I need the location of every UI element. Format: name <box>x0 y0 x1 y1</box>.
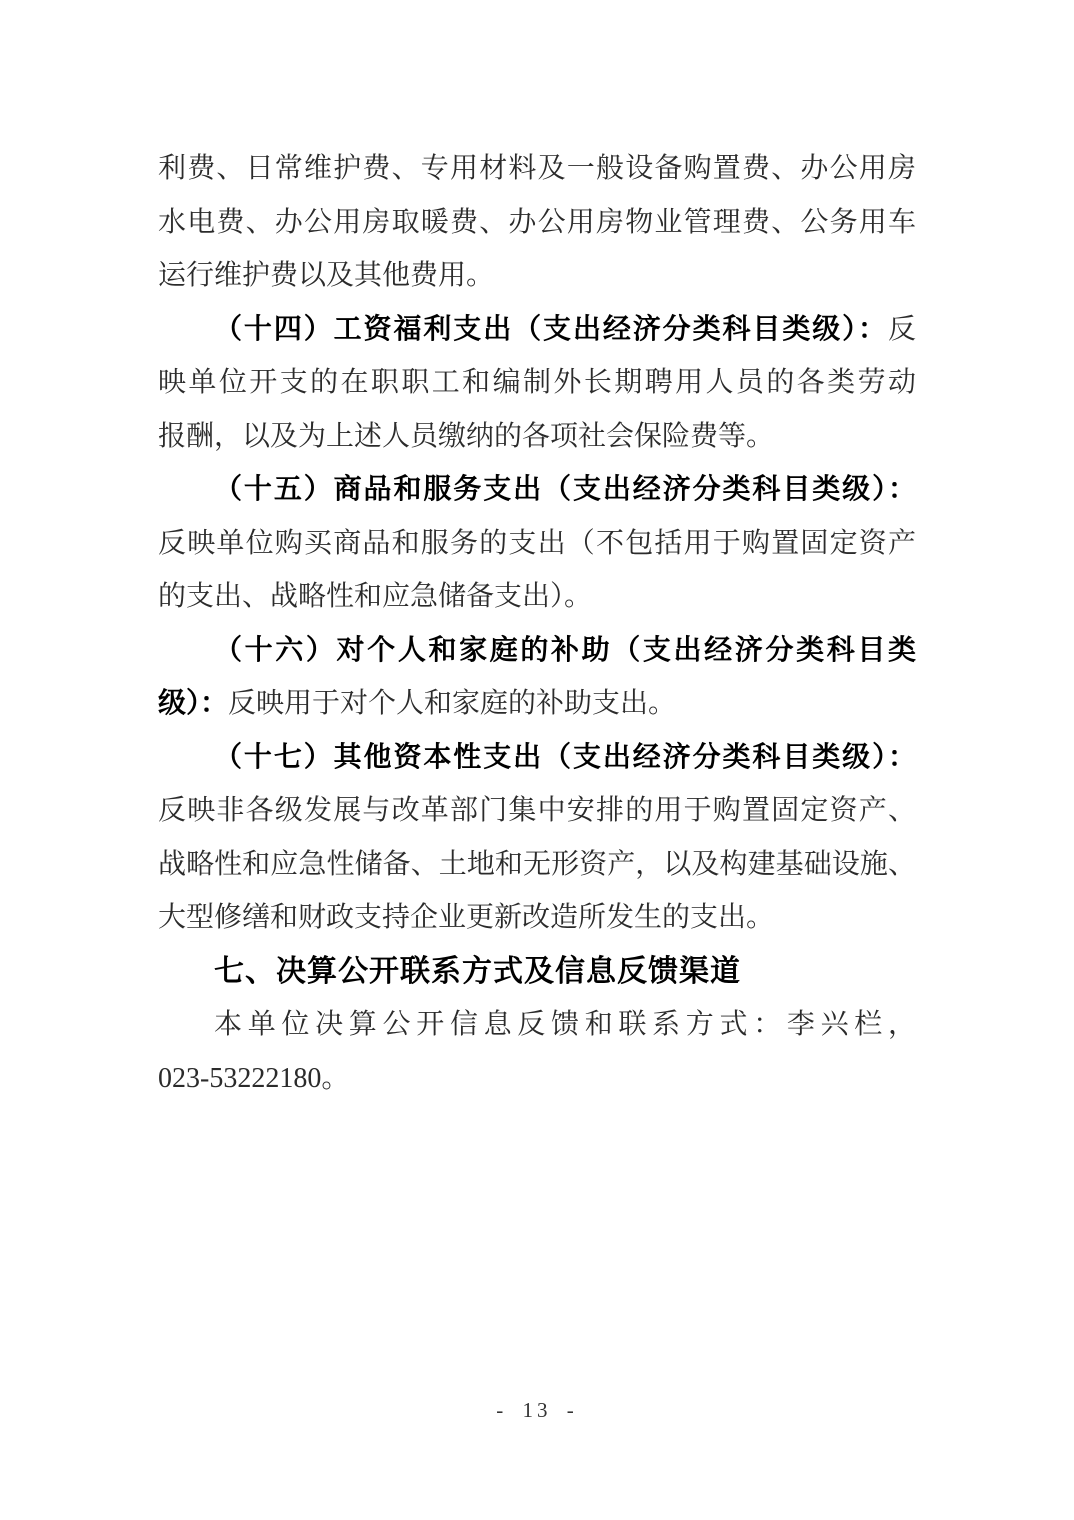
contact-line-1: 本单位决算公开信息反馈和联系方式：李兴栏， <box>158 998 916 1052</box>
contact-line-2: 023-53222180。 <box>158 1052 916 1106</box>
page-number: - 13 - <box>0 1398 1074 1423</box>
item-17-body-line-3: 大型修缮和财政支持企业更新改造所发生的支出。 <box>158 891 916 945</box>
item-17-body-line-2: 战略性和应急性储备、土地和无形资产，以及构建基础设施、 <box>158 838 916 892</box>
item-16-heading-text: 级）： <box>158 688 228 719</box>
item-14-body-start: 反 <box>888 314 916 345</box>
item-14-body-line-1: 映单位开支的在职职工和编制外长期聘用人员的各类劳动 <box>158 356 916 410</box>
item-14-heading-line: （十四）工资福利支出（支出经济分类科目类级）：反 <box>158 303 916 357</box>
item-16-heading-line-2: 级）：反映用于对个人和家庭的补助支出。 <box>158 677 916 731</box>
continuation-line-1: 利费、日常维护费、专用材料及一般设备购置费、办公用房 <box>158 142 916 196</box>
item-17-body-line-1: 反映非各级发展与改革部门集中安排的用于购置固定资产、 <box>158 784 916 838</box>
item-15-body-line-2: 的支出、战略性和应急储备支出）。 <box>158 570 916 624</box>
item-17-heading-line: （十七）其他资本性支出（支出经济分类科目类级）： <box>158 731 916 785</box>
continuation-line-2: 水电费、办公用房取暖费、办公用房物业管理费、公务用车 <box>158 196 916 250</box>
item-16-heading-line-1: （十六）对个人和家庭的补助（支出经济分类科目类 <box>158 624 916 678</box>
item-15-heading-line: （十五）商品和服务支出（支出经济分类科目类级）： <box>158 463 916 517</box>
item-15-body-line-1: 反映单位购买商品和服务的支出（不包括用于购置固定资产 <box>158 517 916 571</box>
item-16-body-text: 反映用于对个人和家庭的补助支出。 <box>228 688 676 719</box>
document-body: 利费、日常维护费、专用材料及一般设备购置费、办公用房 水电费、办公用房取暖费、办… <box>158 142 916 1105</box>
continuation-line-3: 运行维护费以及其他费用。 <box>158 249 916 303</box>
item-14-body-line-2: 报酬，以及为上述人员缴纳的各项社会保险费等。 <box>158 410 916 464</box>
section-7-heading: 七、决算公开联系方式及信息反馈渠道 <box>158 945 916 999</box>
item-14-heading-text: （十四）工资福利支出（支出经济分类科目类级）： <box>214 314 888 345</box>
document-page: 利费、日常维护费、专用材料及一般设备购置费、办公用房 水电费、办公用房取暖费、办… <box>0 0 1074 1520</box>
